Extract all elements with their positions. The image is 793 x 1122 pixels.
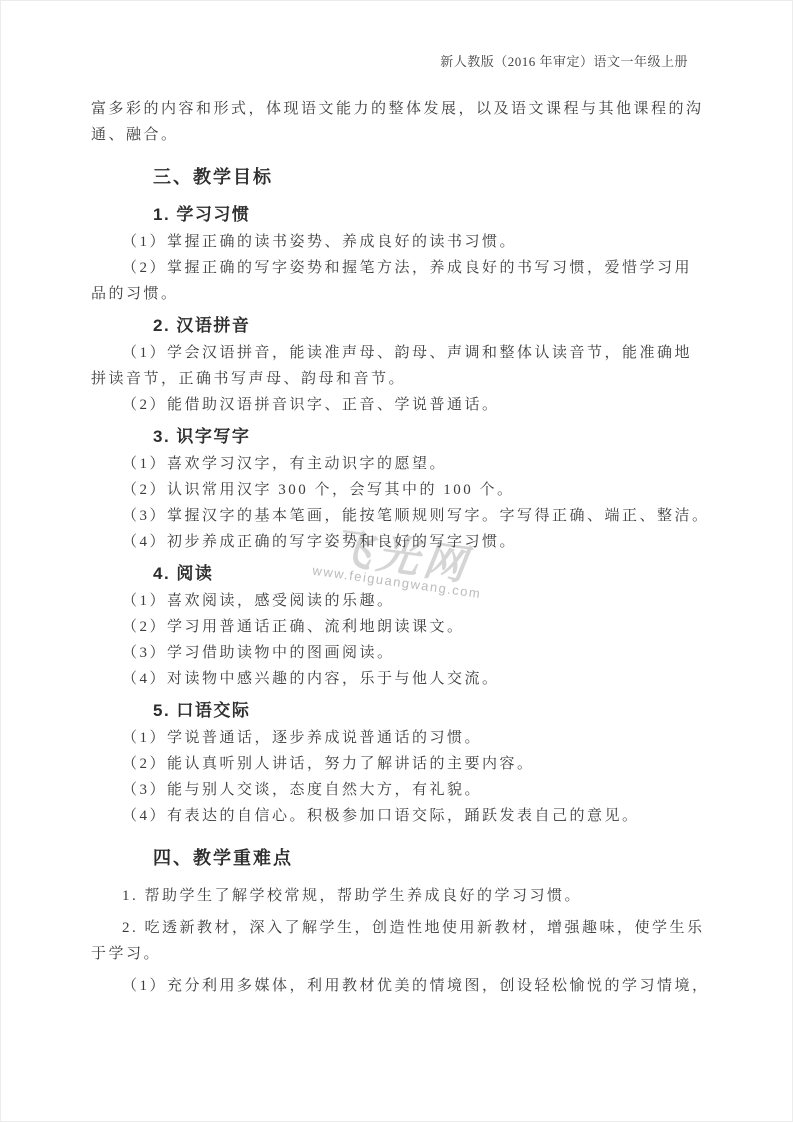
text-line: （1）喜欢学习汉字，有主动识字的愿望。 — [91, 451, 716, 477]
sub-heading: 3. 识字写字 — [91, 424, 716, 450]
paragraph: （1）学会汉语拼音，能读准声母、韵母、声调和整体认读音节，能准确地拼读音节，正确… — [91, 340, 716, 392]
text-line: （2）掌握正确的写字姿势和握笔方法，养成良好的书写习惯，爱惜学习用 — [91, 255, 716, 281]
text-line: （1）学会汉语拼音，能读准声母、韵母、声调和整体认读音节，能准确地 — [91, 340, 716, 366]
sub-heading: 5. 口语交际 — [91, 698, 716, 724]
paragraph: （1）充分利用多媒体，利用教材优美的情境图，创设轻松愉悦的学习情境， — [91, 973, 716, 999]
paragraph: （2）掌握正确的写字姿势和握笔方法，养成良好的书写习惯，爱惜学习用品的习惯。 — [91, 255, 716, 307]
text-line: （1）充分利用多媒体，利用教材优美的情境图，创设轻松愉悦的学习情境， — [91, 973, 716, 999]
page-header: 新人教版（2016 年审定）语文一年级上册 — [440, 51, 688, 70]
text-line: （4）对读物中感兴趣的内容，乐于与他人交流。 — [91, 666, 716, 692]
text-line: （1）掌握正确的读书姿势、养成良好的读书习惯。 — [91, 229, 716, 255]
text-line: 4. 阅读 — [91, 561, 716, 587]
text-line: 于学习。 — [91, 941, 716, 967]
sub-heading: 2. 汉语拼音 — [91, 313, 716, 339]
document-content: 富多彩的内容和形式，体现语文能力的整体发展，以及语文课程与其他课程的沟通、融合。… — [91, 96, 716, 999]
text-line: （1）学说普通话，逐步养成说普通话的习惯。 — [91, 725, 716, 751]
section-heading: 三、教学目标 — [91, 163, 716, 191]
text-line: 1. 学习习惯 — [91, 202, 716, 228]
paragraph: （1）喜欢学习汉字，有主动识字的愿望。 — [91, 451, 716, 477]
paragraph: （1）掌握正确的读书姿势、养成良好的读书习惯。 — [91, 229, 716, 255]
paragraph: （3）学习借助读物中的图画阅读。 — [91, 640, 716, 666]
text-line: 3. 识字写字 — [91, 424, 716, 450]
document-page: 新人教版（2016 年审定）语文一年级上册 飞光网 www.feiguangwa… — [0, 0, 793, 1122]
section-heading: 四、教学重难点 — [91, 844, 716, 872]
text-line: （2）学习用普通话正确、流利地朗读课文。 — [91, 614, 716, 640]
text-line: （3）学习借助读物中的图画阅读。 — [91, 640, 716, 666]
text-line: 富多彩的内容和形式，体现语文能力的整体发展，以及语文课程与其他课程的沟 — [91, 96, 716, 122]
paragraph: 富多彩的内容和形式，体现语文能力的整体发展，以及语文课程与其他课程的沟通、融合。 — [91, 96, 716, 148]
paragraph: （3）能与别人交谈，态度自然大方，有礼貌。 — [91, 777, 716, 803]
paragraph: （1）学说普通话，逐步养成说普通话的习惯。 — [91, 725, 716, 751]
text-line: （2）能借助汉语拼音识字、正音、学说普通话。 — [91, 392, 716, 418]
text-line: （3）掌握汉字的基本笔画，能按笔顺规则写字。字写得正确、端正、整洁。 — [91, 503, 716, 529]
paragraph: （3）掌握汉字的基本笔画，能按笔顺规则写字。字写得正确、端正、整洁。 — [91, 503, 716, 529]
text-line: （4）有表达的自信心。积极参加口语交际，踊跃发表自己的意见。 — [91, 803, 716, 829]
text-line: 2. 吃透新教材，深入了解学生，创造性地使用新教材，增强趣味，使学生乐 — [91, 915, 716, 941]
paragraph: （4）对读物中感兴趣的内容，乐于与他人交流。 — [91, 666, 716, 692]
text-line: （3）能与别人交谈，态度自然大方，有礼貌。 — [91, 777, 716, 803]
paragraph: 2. 吃透新教材，深入了解学生，创造性地使用新教材，增强趣味，使学生乐于学习。 — [91, 915, 716, 967]
paragraph: 1. 帮助学生了解学校常规，帮助学生养成良好的学习习惯。 — [91, 883, 716, 909]
text-line: 品的习惯。 — [91, 281, 716, 307]
paragraph: （2）能借助汉语拼音识字、正音、学说普通话。 — [91, 392, 716, 418]
text-line: （4）初步养成正确的写字姿势和良好的写字习惯。 — [91, 529, 716, 555]
text-line: 5. 口语交际 — [91, 698, 716, 724]
text-line: （2）能认真听别人讲话，努力了解讲话的主要内容。 — [91, 751, 716, 777]
paragraph: （4）初步养成正确的写字姿势和良好的写字习惯。 — [91, 529, 716, 555]
text-line: （2）认识常用汉字 300 个，会写其中的 100 个。 — [91, 477, 716, 503]
sub-heading: 1. 学习习惯 — [91, 202, 716, 228]
text-line: 拼读音节，正确书写声母、韵母和音节。 — [91, 366, 716, 392]
text-line: 1. 帮助学生了解学校常规，帮助学生养成良好的学习习惯。 — [91, 883, 716, 909]
text-line: 三、教学目标 — [91, 163, 716, 191]
paragraph: （1）喜欢阅读，感受阅读的乐趣。 — [91, 588, 716, 614]
text-line: 四、教学重难点 — [91, 844, 716, 872]
paragraph: （2）认识常用汉字 300 个，会写其中的 100 个。 — [91, 477, 716, 503]
text-line: （1）喜欢阅读，感受阅读的乐趣。 — [91, 588, 716, 614]
sub-heading: 4. 阅读 — [91, 561, 716, 587]
paragraph: （2）学习用普通话正确、流利地朗读课文。 — [91, 614, 716, 640]
text-line: 2. 汉语拼音 — [91, 313, 716, 339]
paragraph: （2）能认真听别人讲话，努力了解讲话的主要内容。 — [91, 751, 716, 777]
text-line: 通、融合。 — [91, 122, 716, 148]
paragraph: （4）有表达的自信心。积极参加口语交际，踊跃发表自己的意见。 — [91, 803, 716, 829]
